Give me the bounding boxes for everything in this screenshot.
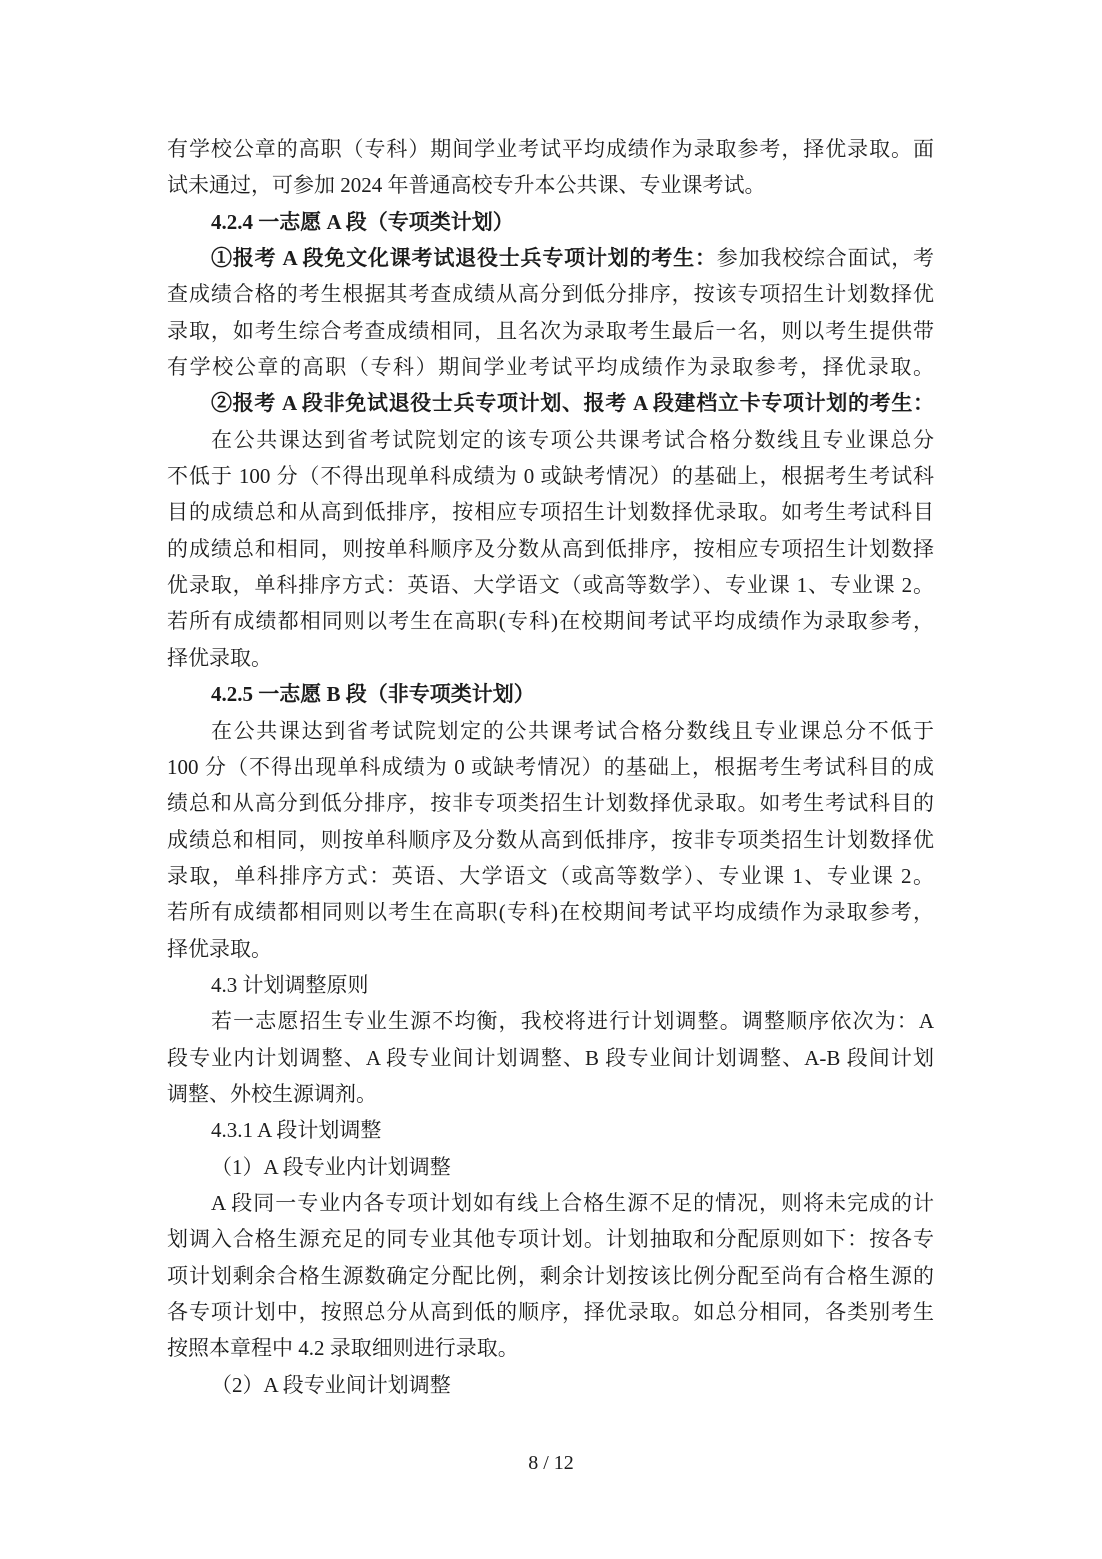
text-run: 段专业内计划调整、A 段专业间计划调整、B 段专业间计划调整、A-B 段间计划 [167,1046,934,1070]
text-run: 试未通过，可参加 2024 年普通高校专升本公共课、专业课考试。 [167,173,766,197]
doc-line: 调整、外校生源调剂。 [167,1076,934,1112]
text-block: 有学校公章的高职（专科）期间学业考试平均成绩作为录取参考，择优录取。面试未通过，… [167,131,934,1403]
text-run: 查成绩合格的考生根据其考查成绩从高分到低分排序，按该专项招生计划数择优 [167,282,934,306]
doc-line: 查成绩合格的考生根据其考查成绩从高分到低分排序，按该专项招生计划数择优 [167,276,934,312]
text-run: 成绩总和相同，则按单科顺序及分数从高到低排序，按非专项类招生计划数择优 [167,828,934,852]
text-run: 项计划剩余合格生源数确定分配比例，剩余计划按该比例分配至尚有合格生源的 [167,1264,934,1288]
doc-line: 项计划剩余合格生源数确定分配比例，剩余计划按该比例分配至尚有合格生源的 [167,1258,934,1294]
doc-line: 录取，单科排序方式：英语、大学语文（或高等数学）、专业课 1、专业课 2。 [167,858,934,894]
text-run: 的成绩总和相同，则按单科顺序及分数从高到低排序，按相应专项招生计划数择 [167,537,934,561]
text-run: 有学校公章的高职（专科）期间学业考试平均成绩作为录取参考，择优录取。面 [167,137,934,161]
doc-line: 有学校公章的高职（专科）期间学业考试平均成绩作为录取参考，择优录取。 [167,349,934,385]
doc-line: 在公共课达到省考试院划定的该专项公共课考试合格分数线且专业课总分 [167,422,934,458]
doc-line: 有学校公章的高职（专科）期间学业考试平均成绩作为录取参考，择优录取。面 [167,131,934,167]
doc-line: 100 分（不得出现单科成绩为 0 或缺考情况）的基础上，根据考生考试科目的成 [167,749,934,785]
doc-line: 目的成绩总和从高到低排序，按相应专项招生计划数择优录取。如考生考试科目 [167,494,934,530]
bold-text-run: 4.2.5 一志愿 B 段（非专项类计划） [211,682,535,706]
text-run: （2）A 段专业间计划调整 [211,1373,451,1397]
doc-line: 不低于 100 分（不得出现单科成绩为 0 或缺考情况）的基础上，根据考生考试科 [167,458,934,494]
doc-line: 划调入合格生源充足的同专业其他专项计划。计划抽取和分配原则如下：按各专 [167,1221,934,1257]
bold-text-run: ①报考 A 段免文化课考试退役士兵专项计划的考生： [211,246,717,270]
text-run: 录取，如考生综合考查成绩相同，且名次为录取考生最后一名，则以考生提供带 [167,319,934,343]
text-run: 4.3 计划调整原则 [211,973,369,997]
text-run: 各专项计划中，按照总分从高到低的顺序，择优录取。如总分相同，各类别考生 [167,1300,934,1324]
heading-4-3: 4.3 计划调整原则 [167,967,934,1003]
bold-text-run: ②报考 A 段非免试退役士兵专项计划、报考 A 段建档立卡专项计划的考生： [211,391,934,415]
text-run: 绩总和从高分到低分排序，按非专项类招生计划数择优录取。如考生考试科目的 [167,791,934,815]
subheading-a-inter-major: （2）A 段专业间计划调整 [167,1367,934,1403]
doc-line: 优录取，单科排序方式：英语、大学语文（或高等数学）、专业课 1、专业课 2。 [167,567,934,603]
text-run: 按照本章程中 4.2 录取细则进行录取。 [167,1336,519,1360]
doc-line: 各专项计划中，按照总分从高到低的顺序，择优录取。如总分相同，各类别考生 [167,1294,934,1330]
doc-line: 若一志愿招生专业生源不均衡，我校将进行计划调整。调整顺序依次为：A [167,1003,934,1039]
bold-text-run: 4.2.4 一志愿 A 段（专项类计划） [211,210,514,234]
heading-4-2-4: 4.2.4 一志愿 A 段（专项类计划） [167,204,934,240]
text-run: 不低于 100 分（不得出现单科成绩为 0 或缺考情况）的基础上，根据考生考试科 [167,464,934,488]
text-run: 择优录取。 [167,937,272,961]
text-run: 调整、外校生源调剂。 [167,1082,377,1106]
page-number: 8 / 12 [0,1450,1102,1476]
text-run: 在公共课达到省考试院划定的该专项公共课考试合格分数线且专业课总分 [211,428,934,452]
doc-line: ②报考 A 段非免试退役士兵专项计划、报考 A 段建档立卡专项计划的考生： [167,385,934,421]
doc-line: A 段同一专业内各专项计划如有线上合格生源不足的情况，则将未完成的计 [167,1185,934,1221]
doc-line: 择优录取。 [167,931,934,967]
text-run: 有学校公章的高职（专科）期间学业考试平均成绩作为录取参考，择优录取。 [167,355,934,379]
text-run: 录取，单科排序方式：英语、大学语文（或高等数学）、专业课 1、专业课 2。 [167,864,934,888]
text-run: A 段同一专业内各专项计划如有线上合格生源不足的情况，则将未完成的计 [211,1191,934,1215]
doc-line: 按照本章程中 4.2 录取细则进行录取。 [167,1330,934,1366]
doc-line: 段专业内计划调整、A 段专业间计划调整、B 段专业间计划调整、A-B 段间计划 [167,1040,934,1076]
text-run: 若所有成绩都相同则以考生在高职(专科)在校期间考试平均成绩作为录取参考， [167,900,934,924]
text-run: 择优录取。 [167,646,272,670]
heading-4-2-5: 4.2.5 一志愿 B 段（非专项类计划） [167,676,934,712]
doc-line: 的成绩总和相同，则按单科顺序及分数从高到低排序，按相应专项招生计划数择 [167,531,934,567]
doc-line: 试未通过，可参加 2024 年普通高校专升本公共课、专业课考试。 [167,167,934,203]
text-run: 100 分（不得出现单科成绩为 0 或缺考情况）的基础上，根据考生考试科目的成 [167,755,934,779]
doc-line: 绩总和从高分到低分排序，按非专项类招生计划数择优录取。如考生考试科目的 [167,785,934,821]
doc-line: 成绩总和相同，则按单科顺序及分数从高到低排序，按非专项类招生计划数择优 [167,822,934,858]
text-run: 目的成绩总和从高到低排序，按相应专项招生计划数择优录取。如考生考试科目 [167,500,934,524]
doc-line: 在公共课达到省考试院划定的公共课考试合格分数线且专业课总分不低于 [167,713,934,749]
doc-line: 若所有成绩都相同则以考生在高职(专科)在校期间考试平均成绩作为录取参考， [167,894,934,930]
heading-4-3-1: 4.3.1 A 段计划调整 [167,1112,934,1148]
text-run: 在公共课达到省考试院划定的公共课考试合格分数线且专业课总分不低于 [211,719,934,743]
doc-line: ①报考 A 段免文化课考试退役士兵专项计划的考生：参加我校综合面试，考 [167,240,934,276]
text-run: 优录取，单科排序方式：英语、大学语文（或高等数学）、专业课 1、专业课 2。 [167,573,934,597]
text-run: 划调入合格生源充足的同专业其他专项计划。计划抽取和分配原则如下：按各专 [167,1227,934,1251]
text-run: 若一志愿招生专业生源不均衡，我校将进行计划调整。调整顺序依次为：A [211,1009,934,1033]
doc-line: 若所有成绩都相同则以考生在高职(专科)在校期间考试平均成绩作为录取参考， [167,603,934,639]
subheading-a-intra-major: （1）A 段专业内计划调整 [167,1149,934,1185]
text-run: 若所有成绩都相同则以考生在高职(专科)在校期间考试平均成绩作为录取参考， [167,609,934,633]
text-run: 参加我校综合面试，考 [717,246,934,270]
text-run: （1）A 段专业内计划调整 [211,1155,451,1179]
text-run: 4.3.1 A 段计划调整 [211,1118,381,1142]
doc-line: 录取，如考生综合考查成绩相同，且名次为录取考生最后一名，则以考生提供带 [167,313,934,349]
document-page: 有学校公章的高职（专科）期间学业考试平均成绩作为录取参考，择优录取。面试未通过，… [0,0,1102,1559]
doc-line: 择优录取。 [167,640,934,676]
